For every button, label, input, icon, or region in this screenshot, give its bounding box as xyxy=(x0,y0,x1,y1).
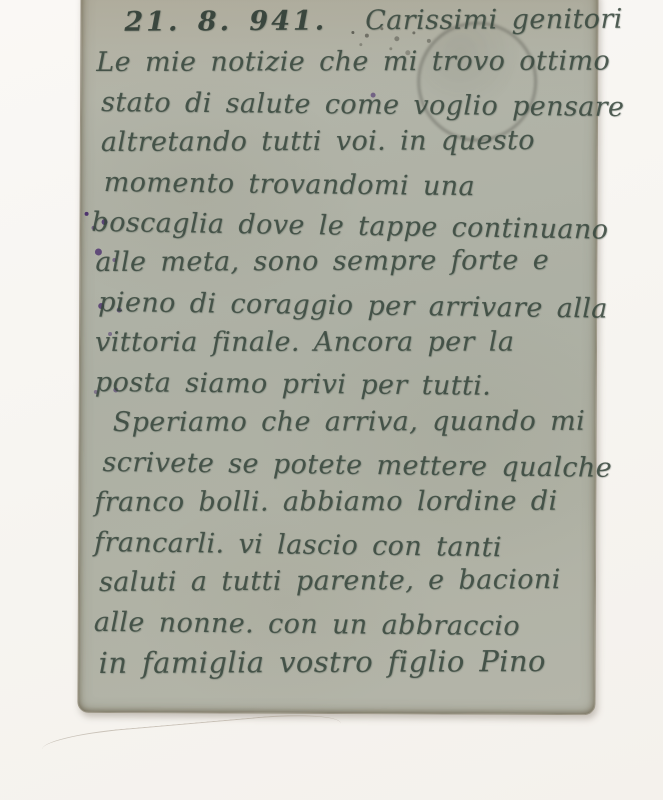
scanner-scratch-line-icon xyxy=(41,710,342,763)
handwriting-line: Le mie notizie che mi trovo ottimo xyxy=(96,42,593,83)
handwritten-message: 21. 8. 941. Carissimi genitori Le mie no… xyxy=(94,3,594,685)
handwriting-line: alle meta, sono sempre forte e xyxy=(95,241,592,283)
handwriting-line: franco bolli. abbiamo lordine di xyxy=(94,482,591,523)
purple-ink-splatter-icon xyxy=(85,212,89,216)
salutation-text: Carissimi genitori xyxy=(365,0,623,41)
date-line: 21. 8. 941. Carissimi genitori xyxy=(96,0,593,43)
handwriting-line-signature: in famiglia vostro figlio Pino xyxy=(99,641,591,683)
handwriting-line: Speriamo che arriva, quando mi xyxy=(113,402,592,443)
handwriting-line: vittoria finale. Ancora per la xyxy=(95,323,592,363)
date-text: 21. 8. 941. xyxy=(124,2,327,43)
scanned-image: 21. 8. 941. Carissimi genitori Le mie no… xyxy=(0,0,663,800)
handwriting-line: saluti a tutti parente, e bacioni xyxy=(99,560,591,603)
postcard: 21. 8. 941. Carissimi genitori Le mie no… xyxy=(77,0,598,715)
handwriting-line: altretando tutti voi. in questo xyxy=(101,121,593,163)
handwriting-line: momento trovandomi una xyxy=(103,163,592,209)
